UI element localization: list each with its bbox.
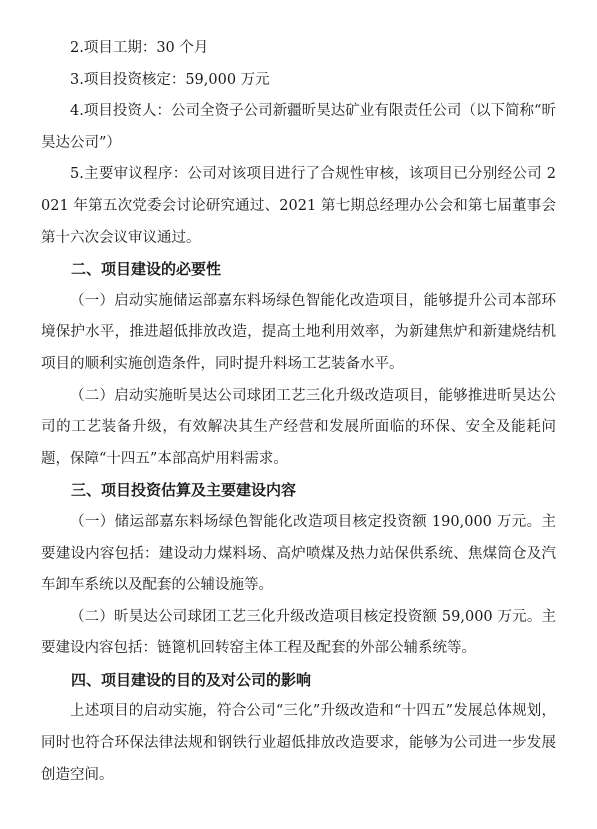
paragraph: （二）启动实施昕昊达公司球团工艺三化升级改造项目，能够推进昕昊达公司的工艺装备升… (41, 381, 556, 476)
paragraph: （一）储运部嘉东料场绿色智能化改造项目核定投资额 190,000 万元。主要建设… (41, 507, 556, 602)
paragraph: 5.主要审议程序：公司对该项目进行了合规性审核，该项目已分别经公司 2021 年… (41, 159, 556, 254)
paragraph: 2.项目工期：30 个月 (41, 33, 556, 65)
section-heading: 四、项目建设的目的及对公司的影响 (41, 665, 556, 697)
paragraph: 3.项目投资核定：59,000 万元 (41, 65, 556, 97)
paragraph: （一）启动实施储运部嘉东料场绿色智能化改造项目，能够提升公司本部环境保护水平，推… (41, 286, 556, 381)
paragraph: （二）昕昊达公司球团工艺三化升级改造项目核定投资额 59,000 万元。主要建设… (41, 602, 556, 665)
section-heading: 三、项目投资估算及主要建设内容 (41, 475, 556, 507)
paragraph: 上述项目的启动实施，符合公司“三化”升级改造和“十四五”发展总体规划，同时也符合… (41, 696, 556, 791)
section-heading: 二、项目建设的必要性 (41, 254, 556, 286)
paragraph: 4.项目投资人：公司全资子公司新疆昕昊达矿业有限责任公司（以下简称“昕昊达公司”… (41, 96, 556, 159)
document-page: 2.项目工期：30 个月 3.项目投资核定：59,000 万元 4.项目投资人：… (0, 0, 597, 829)
